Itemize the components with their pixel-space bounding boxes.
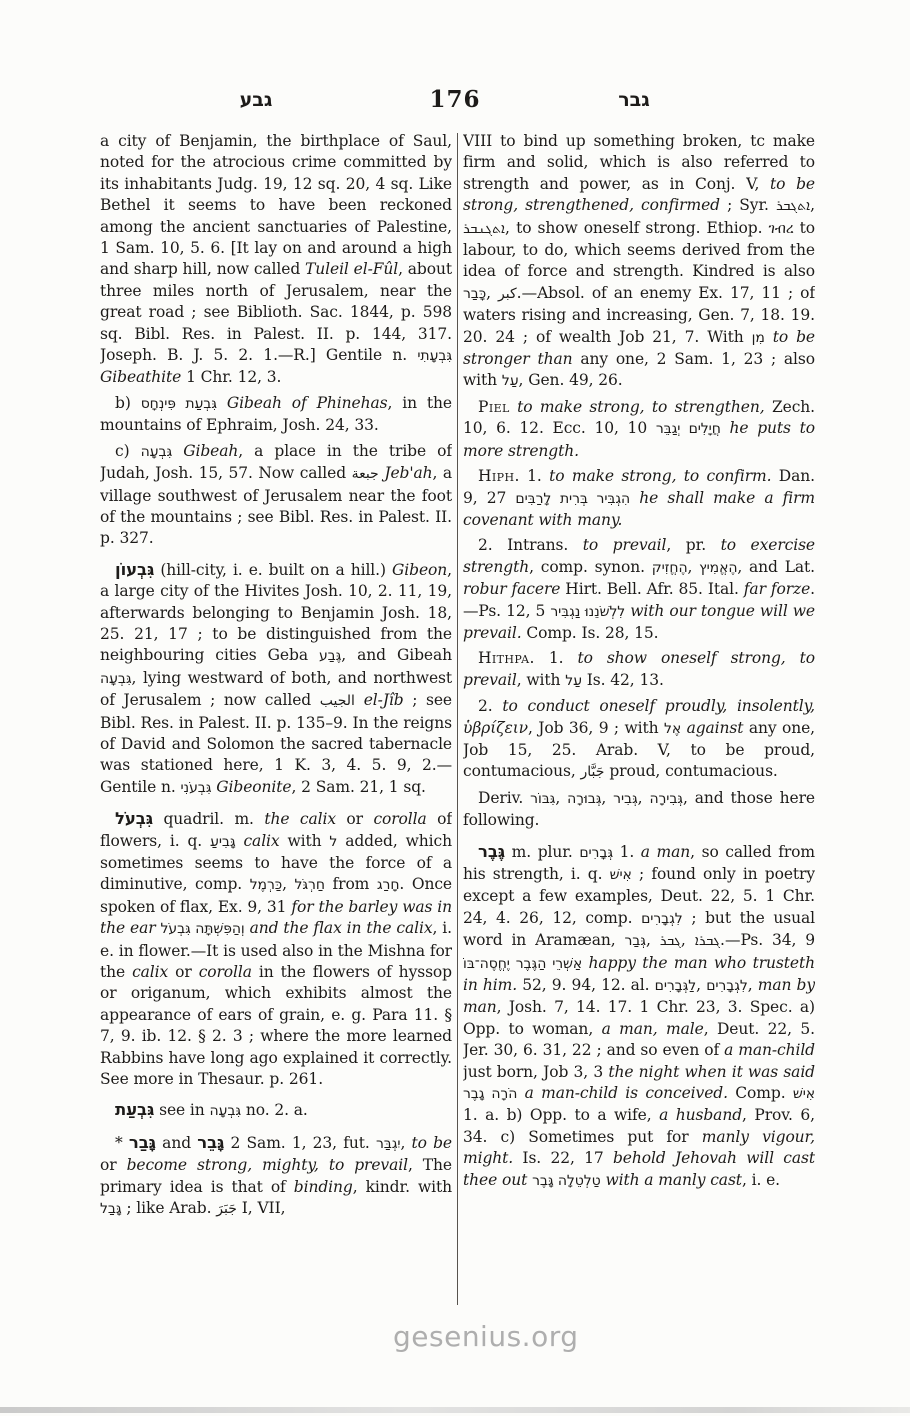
text-segment: 1 Chr. 12, 3. (181, 368, 281, 386)
text-segment: Comp. Is. 28, 15. (522, 624, 659, 642)
italic-text: corolla (373, 810, 426, 828)
italic-text: against (687, 719, 744, 737)
italic-text: calix (132, 963, 168, 981)
text-segment: 2. (478, 697, 502, 715)
hebrew-headword: גִּבְעַת (115, 1100, 154, 1119)
smallcaps-text: Hithpa. (478, 649, 535, 667)
text-segment: ; Syr. (720, 196, 776, 214)
italic-text: Gibeathite (100, 368, 181, 386)
hebrew-text: גֶּבַע (319, 648, 341, 664)
hebrew-text: הֹרָה גָבֶר (463, 1086, 517, 1102)
hebrew-text: גְּבוּרָה (567, 791, 601, 807)
header-right-keyword: גבר (579, 88, 689, 112)
text-segment: 1. (613, 843, 641, 861)
text-segment (630, 489, 639, 507)
hebrew-headword: גִּבְעֹל (115, 809, 153, 828)
paragraph: גֶּבֶר m. plur. גְּבָרִים 1. a man, so c… (463, 841, 815, 1193)
paragraph: a city of Benjamin, the birthplace of Sa… (100, 131, 452, 389)
hebrew-text: וְהַפִּשְׁתָּה גִּבְעֹל (161, 921, 245, 937)
italic-text: el-Jîb (364, 691, 404, 709)
italic-text: and the flax in the calix (250, 919, 433, 937)
text-segment (355, 691, 364, 709)
hebrew-text: גִּבְעָה (210, 1103, 242, 1119)
hebrew-text: גְּבִירָה (649, 791, 683, 807)
hebrew-text: גִּבְעֹנִי (181, 780, 212, 796)
text-segment: , and Gibeah (341, 646, 452, 664)
paragraph: * גָּבַר and גָּבֵר 2 Sam. 1, 23, fut. י… (100, 1132, 452, 1221)
page-number: 176 (400, 86, 510, 113)
text-segment: , (646, 931, 660, 949)
paragraph: Hithpa. 1. to show oneself strong, to pr… (463, 648, 815, 692)
text-segment: , (638, 789, 650, 807)
hebrew-headword: גָּבֵר (197, 1133, 224, 1152)
text-segment (217, 394, 227, 412)
hebrew-text: הֶאֱמִיץ (699, 560, 737, 576)
italic-text: Gibeah of Phinehas (227, 394, 388, 412)
text-segment: , i. e. (742, 1171, 780, 1189)
text-segment: , (748, 976, 758, 994)
scanned-page: גבע 176 גבר a city of Benjamin, the birt… (0, 0, 910, 1416)
arabic-text: جَبَرَ (216, 1201, 237, 1217)
text-segment: Hirt. Bell. Afr. 85. Ital. (560, 580, 743, 598)
text-segment: just born, Job 3, 3 (463, 1063, 608, 1081)
paragraph: c) גִּבְעָה Gibeah, a place in the tribe… (100, 441, 452, 550)
column-divider-rule (457, 133, 458, 1305)
hebrew-text: גְּבִיר (613, 791, 638, 807)
text-segment: from (325, 875, 377, 893)
text-segment: , (555, 789, 567, 807)
text-segment: or (168, 963, 199, 981)
hebrew-headword: גָּבַר (129, 1133, 156, 1152)
italic-text: become strong, mighty, to prevail (127, 1156, 408, 1174)
text-segment: Is. 22, 17 (513, 1149, 613, 1167)
hebrew-text: אֶל (664, 721, 681, 737)
paragraph: Deriv. גִּבּוֹר, גְּבוּרָה, גְּבִיר, גְּ… (463, 788, 815, 832)
italic-text: the night when it was said (608, 1063, 815, 1081)
hebrew-text: אִישׁ (610, 867, 632, 883)
paragraph: גִּבְעֹל quadril. m. the calix or coroll… (100, 808, 452, 1090)
italic-text: to conduct oneself proudly, insolently, (502, 697, 815, 715)
text-segment: , Gen. 49, 26. (519, 371, 623, 389)
arabic-text: جبعة (352, 466, 379, 482)
text-segment: (hill-city, i. e. built on a hill.) (154, 561, 392, 579)
hebrew-text: לַגְּבָרִים (655, 978, 697, 994)
hebrew-text: כַּרְמֶל (250, 877, 282, 893)
hebrew-text: לִגְבָרִים (641, 911, 683, 927)
text-segment: 1. (535, 649, 578, 667)
text-segment: , (688, 558, 700, 576)
greek-text: ὑβρίζειν (463, 719, 528, 737)
italic-text: a man-child (724, 1041, 815, 1059)
page-header: גבע 176 גבר (0, 86, 910, 118)
text-segment: a city of Benjamin, the birthplace of Sa… (100, 132, 452, 278)
paragraph: b) גִּבְעַת פִּינְחָס Gibeah of Phinehas… (100, 393, 452, 437)
hebrew-headword: גֶּבֶר (478, 842, 505, 861)
syriac-text: ܓܒܪܐ (695, 933, 720, 949)
text-segment: 2. Intrans. (478, 536, 583, 554)
text-segment: see in (154, 1101, 209, 1119)
hebrew-text: גְּבַר (624, 933, 645, 949)
text-segment: 52, 9. 94, 12. al. (517, 976, 655, 994)
text-segment: , to show oneself strong. Ethiop. (505, 219, 769, 237)
text-segment: in the flowers of hyssop or origanum, wh… (100, 963, 452, 1088)
hebrew-text: גִּבְעָה (100, 671, 132, 687)
text-segment: .—Ps. 34, 9 (720, 931, 815, 949)
paragraph: 2. Intrans. to prevail, pr. to exercise … (463, 535, 815, 644)
text-segment: , (681, 931, 695, 949)
hebrew-text: אִישׁ (793, 1086, 815, 1102)
hebrew-text: גָּבִיעַ (210, 834, 236, 850)
italic-text: with a manly cast (605, 1171, 742, 1189)
smallcaps-text: Hiph. (478, 467, 520, 485)
paragraph: 2. to conduct oneself proudly, insolentl… (463, 696, 815, 784)
text-segment: no. 2. a. (241, 1101, 308, 1119)
hebrew-text: גִּבְעָתִי (417, 348, 452, 364)
watermark-text: gesenius.org (393, 1320, 579, 1353)
ethiopic-text: ገብረ (769, 221, 794, 237)
text-segment: proud, contumacious. (604, 762, 777, 780)
text-segment: , pr. (666, 536, 720, 554)
italic-text: binding (294, 1178, 353, 1196)
text-segment: , (810, 196, 815, 214)
text-segment: , and Lat. (737, 558, 815, 576)
text-segment: , (282, 875, 294, 893)
text-segment: , with (517, 671, 566, 689)
hebrew-text: הִגְבִּיר בְּרִית לָרַבִּים (515, 491, 630, 507)
text-segment: VIII to bind up something broken, tc mak… (463, 132, 815, 193)
text-segment: I, VII, (237, 1199, 286, 1217)
text-segment: m. plur. (505, 843, 579, 861)
hebrew-text: טַלְטֵלָה גָּבֶר (532, 1173, 601, 1189)
hebrew-text: עַל (565, 673, 582, 689)
text-segment: or (336, 810, 373, 828)
hebrew-text: גָּבַל (100, 1201, 122, 1217)
italic-text: to make strong, to confirm. (549, 467, 771, 485)
syriac-text: ܓܒܪ (660, 933, 681, 949)
hebrew-text: גִּבְעָה (141, 444, 173, 460)
text-segment: , (486, 284, 498, 302)
italic-text: corolla (199, 963, 252, 981)
paragraph: גִּבְעַת see in גִּבְעָה no. 2. a. (100, 1099, 452, 1122)
hebrew-text: גִּבּוֹר (530, 791, 555, 807)
syriac-text: ܐܬܓܢܒܪ (463, 221, 505, 237)
text-segment: b) (115, 394, 141, 412)
italic-text: calix (243, 832, 279, 850)
italic-text: a man, male (602, 1020, 704, 1038)
arabic-text: الجيب (320, 693, 355, 709)
text-segment: or (100, 1156, 127, 1174)
italic-text: Tuleil el-Fûl (305, 260, 398, 278)
hebrew-text: חָרַג (377, 877, 400, 893)
hebrew-text: יִגְבַּר (376, 1136, 401, 1152)
text-segment: with (280, 832, 330, 850)
text-segment: 1. a. b) Opp. to a wife, (463, 1106, 659, 1124)
italic-text: a man (641, 843, 690, 861)
hebrew-text: גְּבָרִים (579, 845, 613, 861)
text-segment: , comp. synon. (529, 558, 652, 576)
text-segment: , (601, 789, 613, 807)
paragraph: Piel to make strong, to strengthen, Zech… (463, 397, 815, 462)
italic-text: to prevail (583, 536, 667, 554)
syriac-text: ܐܬܓܒܪ (776, 198, 810, 214)
italic-text: far forze (744, 580, 810, 598)
text-segment: Is. 42, 13. (582, 671, 664, 689)
text-segment: , (696, 976, 706, 994)
italic-text: the calix (264, 810, 336, 828)
hebrew-text: חַרְגֹּל (295, 877, 325, 893)
text-segment: c) (115, 442, 141, 460)
hebrew-text: מִן (752, 330, 765, 346)
hebrew-text: חֲיָלִים יְגַבֵּר (656, 421, 721, 437)
italic-text: robur facere (463, 580, 560, 598)
text-segment: , 2 Sam. 21, 1 sq. (291, 778, 425, 796)
text-segment: , kindr. with (353, 1178, 452, 1196)
scan-bottom-edge-artifact (0, 1407, 910, 1413)
italic-text: Gibeonite (216, 778, 291, 796)
text-segment (517, 1084, 524, 1102)
italic-text: Gibeon (392, 561, 447, 579)
hebrew-text: הֶחֱזִיק (652, 560, 688, 576)
text-segment: Comp. (728, 1084, 793, 1102)
italic-text: Gibeah (183, 442, 238, 460)
italic-text: Jeb'ah (384, 464, 432, 482)
hebrew-text: כָּבַר (463, 286, 486, 302)
arabic-text: كبر (498, 286, 517, 302)
italic-text: to make strong, to strengthen, (517, 398, 764, 416)
hebrew-text: עַל (502, 373, 519, 389)
hebrew-text: לִגְבָרִים (706, 978, 748, 994)
hebrew-text: לִלְשֹׁנֵנוּ נַגְבִּיר (550, 604, 625, 620)
italic-text: a husband (659, 1106, 742, 1124)
italic-text: a man-child is conceived. (525, 1084, 728, 1102)
header-left-keyword: גבע (201, 88, 311, 112)
text-segment: 2 Sam. 1, 23, fut. (224, 1134, 376, 1152)
text-segment (721, 419, 730, 437)
text-segment: * (115, 1134, 129, 1152)
text-body: a city of Benjamin, the birthplace of Sa… (100, 131, 815, 1311)
paragraph: Hiph. 1. to make strong, to confirm. Dan… (463, 466, 815, 531)
arabic-text: جَبَّار (581, 764, 605, 780)
paragraph: VIII to bind up something broken, tc mak… (463, 131, 815, 393)
paragraph: גִּבְעוֹן (hill-city, i. e. built on a h… (100, 559, 452, 799)
hebrew-headword: גִּבְעוֹן (115, 560, 154, 579)
right-column: VIII to bind up something broken, tc mak… (463, 131, 815, 1311)
text-segment (172, 442, 183, 460)
text-segment: and (156, 1134, 197, 1152)
italic-text: to be (412, 1134, 452, 1152)
text-segment: quadril. m. (153, 810, 264, 828)
text-segment (765, 328, 773, 346)
text-segment: ; like Arab. (122, 1199, 217, 1217)
text-segment: , (400, 1134, 411, 1152)
smallcaps-text: Piel (478, 398, 510, 416)
hebrew-text: אַשְׁרֵי הַגֶּבֶר יֶחֱסֶה־בּוֹ (463, 956, 582, 972)
left-column: a city of Benjamin, the birthplace of Sa… (100, 131, 452, 1311)
text-segment: 1. (520, 467, 549, 485)
text-segment: , Job 36, 9 ; with (528, 719, 664, 737)
text-segment: Deriv. (478, 789, 530, 807)
hebrew-text: גִּבְעַת פִּינְחָס (141, 396, 217, 412)
